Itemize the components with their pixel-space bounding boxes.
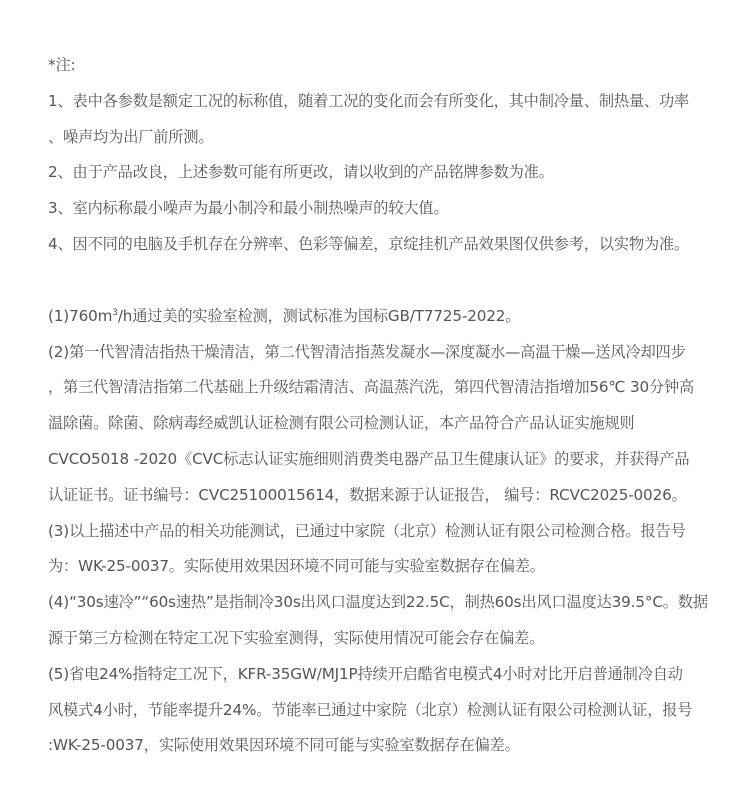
footnote-3-line-1: (3)以上描述中产品的相关功能测试，已通过中家院（北京）检测认证有限公司检测合格… (48, 514, 708, 550)
note-4: 4、因不同的电脑及手机存在分辨率、色彩等偏差，京绽挂机产品效果图仅供参考，以实物… (48, 227, 708, 263)
footnote-1-rest: /h通过美的实验室检测，测试标准为国标GB/T7725-2022。 (118, 307, 521, 325)
footnote-2-line-3: 温除菌。除菌、除病毒经威凯认证检测有限公司检测认证，本产品符合产品认证实施规则 (48, 406, 708, 442)
footnote-2-line-5: 认证证书。证书编号：CVC25100015614，数据来源于认证报告， 编号：R… (48, 478, 708, 514)
footnote-2-line-1: (2)第一代智清洁指热干燥清洁，第二代智清洁指蒸发凝水—深度凝水—高温干燥—送风… (48, 335, 708, 371)
footnote-4-line-1: (4)“30s速冷”“60s速热”是指制冷30s出风口温度达到22.5C，制热6… (48, 585, 708, 621)
footnote-3-line-2: 为：WK-25-0037。实际使用效果因环境不同可能与实验室数据存在偏差。 (48, 549, 708, 585)
note-1-line-2: 、噪声均为出厂前所测。 (48, 120, 708, 156)
footnote-1-prefix: (1)760m (48, 307, 112, 325)
footnote-5-line-1: (5)省电24%指特定工况下，KFR-35GW/MJ1P持续开启酷省电模式4小时… (48, 657, 708, 693)
footnote-5-line-3: :WK-25-0037，实际使用效果因环境不同可能与实验室数据存在偏差。 (48, 728, 708, 764)
section-spacer (48, 263, 708, 299)
notes-heading: *注: (48, 48, 708, 84)
footnote-1: (1)760m3/h通过美的实验室检测，测试标准为国标GB/T7725-2022… (48, 299, 708, 335)
note-2: 2、由于产品改良，上述参数可能有所更改，请以收到的产品铭牌参数为准。 (48, 155, 708, 191)
footnote-5-line-2: 风模式4小时，节能率提升24%。节能率已通过中家院（北京）检测认证有限公司检测认… (48, 693, 708, 729)
footnote-4-line-2: 源于第三方检测在特定工况下实验室测得，实际使用情况可能会存在偏差。 (48, 621, 708, 657)
note-3: 3、室内标称最小噪声为最小制冷和最小制热噪声的较大值。 (48, 191, 708, 227)
notes-section: *注: 1、表中各参数是额定工况的标称值，随着工况的变化而会有所变化，其中制冷量… (48, 48, 708, 263)
footnote-2-line-4: CVCO5018 -2020《CVC标志认证实施细则消费类电器产品卫生健康认证》… (48, 442, 708, 478)
footnote-2-line-2: ，第三代智清洁指第二代基础上升级结霜清洁、高温蒸汽洗，第四代智清洁指增加56℃ … (48, 370, 708, 406)
product-disclaimer-document: *注: 1、表中各参数是额定工况的标称值，随着工况的变化而会有所变化，其中制冷量… (48, 48, 708, 764)
note-1-line-1: 1、表中各参数是额定工况的标称值，随着工况的变化而会有所变化，其中制冷量、制热量… (48, 84, 708, 120)
footnotes-section: (1)760m3/h通过美的实验室检测，测试标准为国标GB/T7725-2022… (48, 299, 708, 764)
